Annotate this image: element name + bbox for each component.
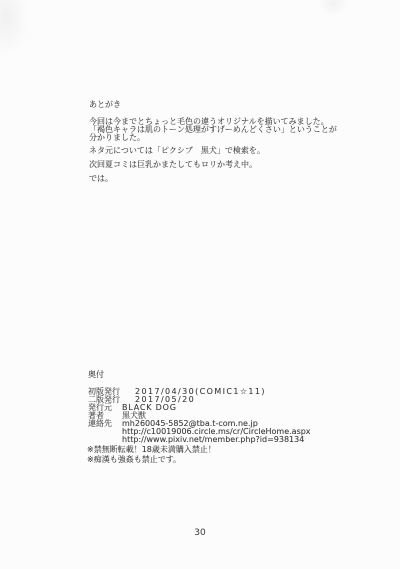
afterword-line: 分かりました。 (89, 134, 337, 142)
afterword-paragraph: 今回は今までとちょっと毛色の違うオリジナルを描いてみました。 「褐色キャラは肌の… (89, 118, 337, 142)
afterword-heading: あとがき (89, 101, 337, 109)
colophon-label (88, 428, 122, 436)
colophon-notices: ※禁無断転載！18歳未満購入禁止！ ※痴漢も強姦も禁止です。 (88, 445, 311, 464)
scanned-page: あとがき 今回は今までとちょっと毛色の違うオリジナルを描いてみました。 「褐色キ… (0, 0, 400, 569)
afterword-paragraph: ネタ元については「ピクシブ 黒犬」で検索を。 (89, 147, 337, 155)
colophon-row-first-printing: 初版発行 2017/04/30(COMIC1☆11) (88, 388, 311, 396)
afterword-paragraph: 次回夏コミは巨乳かまたしてもロリか考え中。 (89, 161, 337, 169)
colophon-row-pixiv-url: http://www.pixiv.net/member.php?id=93813… (88, 436, 311, 444)
colophon-section: 奥付 初版発行 2017/04/30(COMIC1☆11) 二版発行 2017/… (88, 371, 311, 464)
colophon-heading: 奥付 (88, 371, 311, 379)
afterword-paragraph: では。 (89, 175, 337, 183)
scan-smudge-top-right (318, 0, 348, 16)
scan-smudge-top-left (0, 0, 30, 58)
colophon-label: 連絡先 (88, 420, 122, 428)
afterword-line: ネタ元については「ピクシブ 黒犬」で検索を。 (89, 147, 337, 155)
afterword-line: では。 (89, 175, 337, 183)
colophon-label (88, 436, 122, 444)
page-number: 30 (0, 528, 400, 538)
notice-line: ※痴漢も強姦も禁止です。 (87, 455, 311, 465)
pixiv-url: http://www.pixiv.net/member.php?id=93813… (122, 436, 304, 444)
notice-line: ※禁無断転載！18歳未満購入禁止！ (87, 445, 311, 455)
afterword-section: あとがき 今回は今までとちょっと毛色の違うオリジナルを描いてみました。 「褐色キ… (89, 101, 337, 183)
afterword-line: 次回夏コミは巨乳かまたしてもロリか考え中。 (89, 161, 337, 169)
